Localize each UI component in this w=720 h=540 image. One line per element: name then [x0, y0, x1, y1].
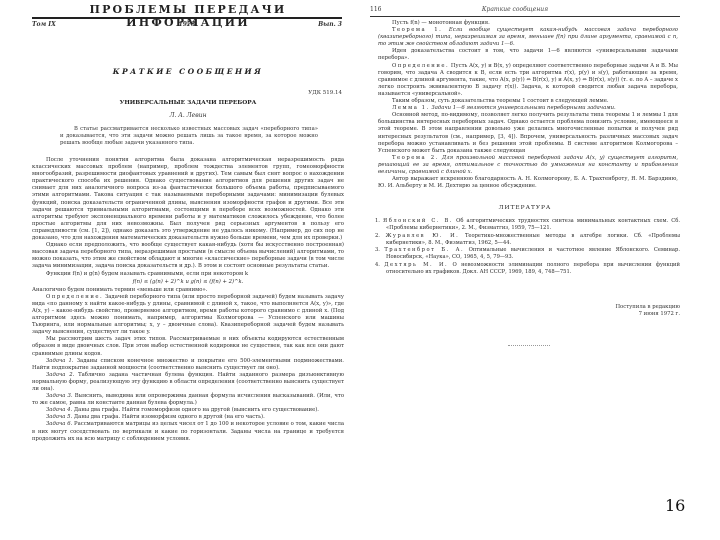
issue: Вып. 3: [318, 21, 342, 28]
problem: Задача 6. Рассматриваются матрицы из цел…: [32, 421, 344, 442]
problem-label: Задача 1.: [46, 358, 74, 364]
reference-author: Журавлев Ю. И.: [386, 233, 460, 239]
formula: f(n) ≤ (g(n) + 2)^k и g(n) ≤ (f(n) + 2)^…: [32, 279, 344, 286]
received-line: Поступила в редакцию: [615, 304, 680, 311]
theorem-1: Теорема 1. Если вообще существует какая-…: [378, 27, 678, 48]
problem-text: Даны два графа. Найти гомоморфизм одного…: [74, 407, 319, 413]
reference-author: Дехтярь М. И.: [384, 262, 448, 268]
lemma-label: Лемма 1.: [392, 105, 430, 111]
reference-item: 3. Трахтенброт Б. А. Оптимальные вычисле…: [370, 247, 680, 261]
reference-author: Трахтенброт Б. А.: [384, 247, 464, 253]
paragraph: Идея доказательства состоит в том, что з…: [378, 48, 678, 62]
theorem-label: Теорема 1.: [392, 27, 442, 33]
udk-code: УДК 519.14: [308, 90, 342, 96]
problem-text: Даны два графа. Найти изоморфизм одного …: [74, 414, 265, 420]
abstract: В статье рассматривается несколько извес…: [60, 126, 318, 147]
problem-label: Задача 6.: [46, 421, 72, 427]
problem-text: Рассматриваются матрицы из целых чисел о…: [32, 421, 344, 441]
header-rule: [370, 16, 680, 17]
reference-number: 4.: [375, 262, 380, 268]
problem: Задача 1. Заданы списком конечное множес…: [32, 358, 344, 372]
definition-label: Определение.: [46, 294, 103, 300]
year: 1973: [179, 21, 196, 28]
right-body-text: Пусть f(n) — монотонная функция. Теорема…: [378, 20, 678, 190]
problem-label: Задача 3.: [46, 393, 73, 399]
section-title: КРАТКИЕ СООБЩЕНИЯ: [32, 67, 344, 76]
reference-item: 1. Яблонский С. В. Об алгоритмических тр…: [370, 218, 680, 232]
running-head: Краткие сообщения: [360, 6, 670, 13]
end-divider: [508, 345, 550, 346]
received-date: Поступила в редакцию 7 июня 1972 г.: [615, 304, 680, 318]
theorem-label: Теорема 2.: [392, 155, 439, 161]
left-body-text: После уточнения понятия алгоритма была д…: [32, 157, 344, 443]
reference-number: 1.: [375, 218, 380, 224]
header-rule: [32, 17, 342, 19]
problem: Задача 5. Даны два графа. Найти изоморфи…: [32, 414, 344, 421]
reference-number: 3.: [375, 247, 380, 253]
references-list: 1. Яблонский С. В. Об алгоритмических тр…: [370, 218, 680, 276]
definition-text: Задачей переборного типа (или просто пер…: [32, 294, 344, 335]
acknowledgment: Автор выражает искреннюю благодарность А…: [378, 176, 678, 190]
lemma-text: Задачи 1—6 являются универсальными переб…: [431, 105, 615, 111]
problem-text: Выяснить, выводима или опровержима данна…: [32, 393, 344, 406]
paragraph: Функции f(n) и g(n) будем называть сравн…: [32, 271, 344, 278]
lemma-1: Лемма 1. Задачи 1—6 являются универсальн…: [378, 105, 678, 112]
paragraph: Основной метод, по-видимому, позволяет л…: [378, 112, 678, 155]
issue-line: Том IX 1973 Вып. 3: [32, 21, 342, 28]
left-page: ПРОБЛЕМЫ ПЕРЕДАЧИ ИНФОРМАЦИИ Том IX 1973…: [0, 0, 360, 540]
reference-number: 2.: [375, 233, 380, 239]
right-page: 116 Краткие сообщения Пусть f(n) — монот…: [360, 0, 720, 540]
definition-label: Определение.: [392, 63, 449, 69]
volume: Том IX: [32, 21, 56, 28]
paragraph: Мы рассмотрим шесть задач этих типов. Ра…: [32, 336, 344, 357]
paragraph: Аналогично будем понимать термин «меньше…: [32, 287, 344, 294]
paragraph: После уточнения понятия алгоритма была д…: [32, 157, 344, 242]
problem: Задача 2. Таблично задана частичная буле…: [32, 372, 344, 393]
slide-page-number: 16: [665, 496, 685, 515]
theorem-2: Теорема 2. Для произвольной массовой пер…: [378, 155, 678, 176]
reference-author: Яблонский С. В.: [383, 218, 453, 224]
problem: Задача 3. Выяснить, выводима или опровер…: [32, 393, 344, 407]
paragraph: Однако если предположить, что вообще сущ…: [32, 242, 344, 270]
received-line: 7 июня 1972 г.: [615, 311, 680, 318]
problem-label: Задача 5.: [46, 414, 72, 420]
problem-text: Заданы списком конечное множество и покр…: [32, 358, 344, 371]
definition: Определение. Пусть A(x, y) и B(x, y) опр…: [378, 63, 678, 98]
article-title: УНИВЕРСАЛЬНЫЕ ЗАДАЧИ ПЕРЕБОРА: [32, 100, 344, 106]
author: Л. А. Левин: [32, 112, 344, 119]
definition: Определение. Задачей переборного типа (и…: [32, 294, 344, 337]
problem-text: Таблично задана частичная булева функция…: [32, 372, 344, 392]
problem-label: Задача 4.: [46, 407, 72, 413]
problem-label: Задача 2.: [46, 372, 74, 378]
reference-item: 2. Журавлев Ю. И. Теоретико-множественны…: [370, 233, 680, 247]
reference-item: 4. Дехтярь М. И. О невозможности элимина…: [370, 262, 680, 276]
references-title: ЛИТЕРАТУРА: [370, 205, 680, 211]
